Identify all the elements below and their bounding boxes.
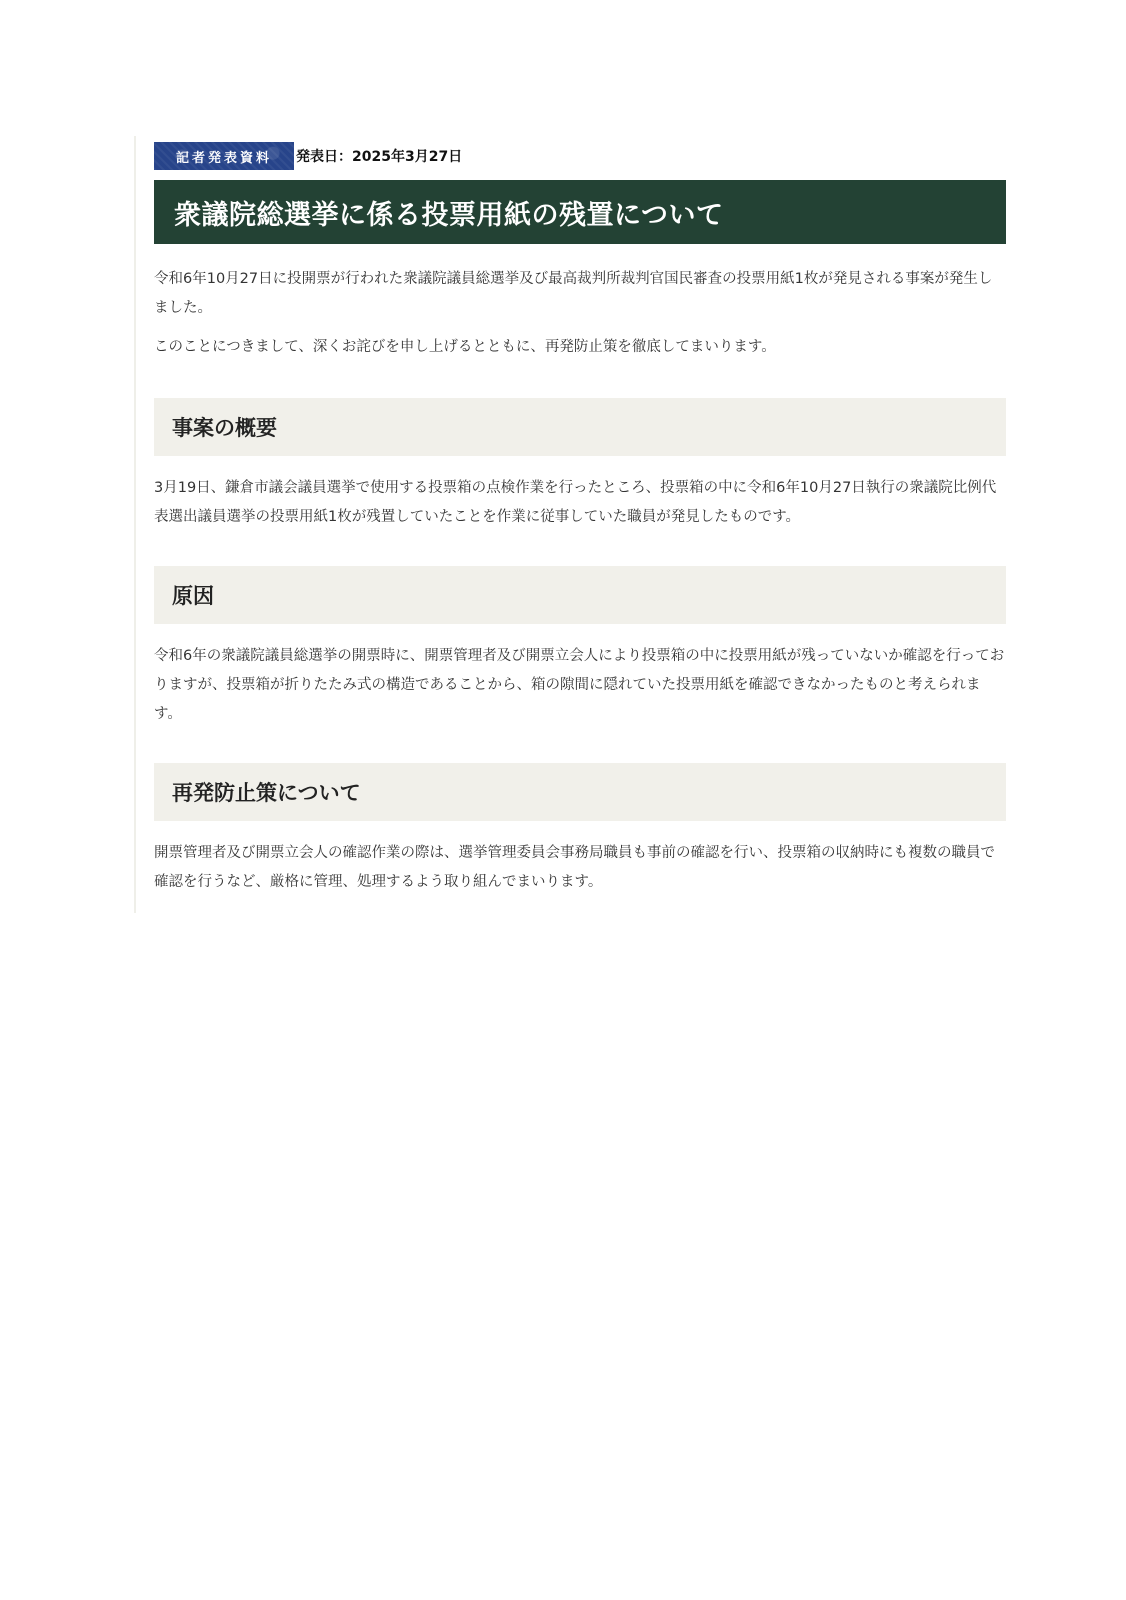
section-heading-cause: 原因 (154, 566, 1006, 624)
section-heading-prevention: 再発防止策について (154, 763, 1006, 821)
section-body-prevention: 開票管理者及び開票立会人の確認作業の際は、選挙管理委員会事務局職員も事前の確認を… (154, 839, 1006, 897)
publish-date: 発表日：2025年3月27日 (296, 146, 462, 166)
prevention-paragraph: 開票管理者及び開票立会人の確認作業の際は、選挙管理委員会事務局職員も事前の確認を… (154, 839, 1006, 897)
press-release-badge: 記者発表資料 (154, 142, 294, 170)
section-body-cause: 令和6年の衆議院議員総選挙の開票時に、開票管理者及び開票立会人により投票箱の中に… (154, 642, 1006, 729)
section-title-overview: 事案の概要 (172, 412, 277, 442)
overview-paragraph: 3月19日、鎌倉市議会議員選挙で使用する投票箱の点検作業を行ったところ、投票箱の… (154, 474, 1006, 532)
section-heading-overview: 事案の概要 (154, 398, 1006, 456)
cause-paragraph: 令和6年の衆議院議員総選挙の開票時に、開票管理者及び開票立会人により投票箱の中に… (154, 642, 1006, 729)
intro-paragraph-1: 令和6年10月27日に投開票が行われた衆議院議員総選挙及び最高裁判所裁判官国民審… (154, 265, 1006, 323)
press-release-page: 記者発表資料 発表日：2025年3月27日 衆議院総選挙に係る投票用紙の残置につ… (134, 136, 1006, 913)
section-title-cause: 原因 (172, 580, 214, 610)
meta-row: 記者発表資料 発表日：2025年3月27日 (154, 142, 1006, 170)
intro-section: 令和6年10月27日に投開票が行われた衆議院議員総選挙及び最高裁判所裁判官国民審… (154, 265, 1006, 362)
intro-paragraph-2: このことにつきまして、深くお詫びを申し上げるとともに、再発防止策を徹底してまいり… (154, 333, 1006, 362)
section-title-prevention: 再発防止策について (172, 777, 361, 807)
page-title: 衆議院総選挙に係る投票用紙の残置について (174, 193, 723, 232)
title-banner: 衆議院総選挙に係る投票用紙の残置について (154, 180, 1006, 244)
section-body-overview: 3月19日、鎌倉市議会議員選挙で使用する投票箱の点検作業を行ったところ、投票箱の… (154, 474, 1006, 532)
